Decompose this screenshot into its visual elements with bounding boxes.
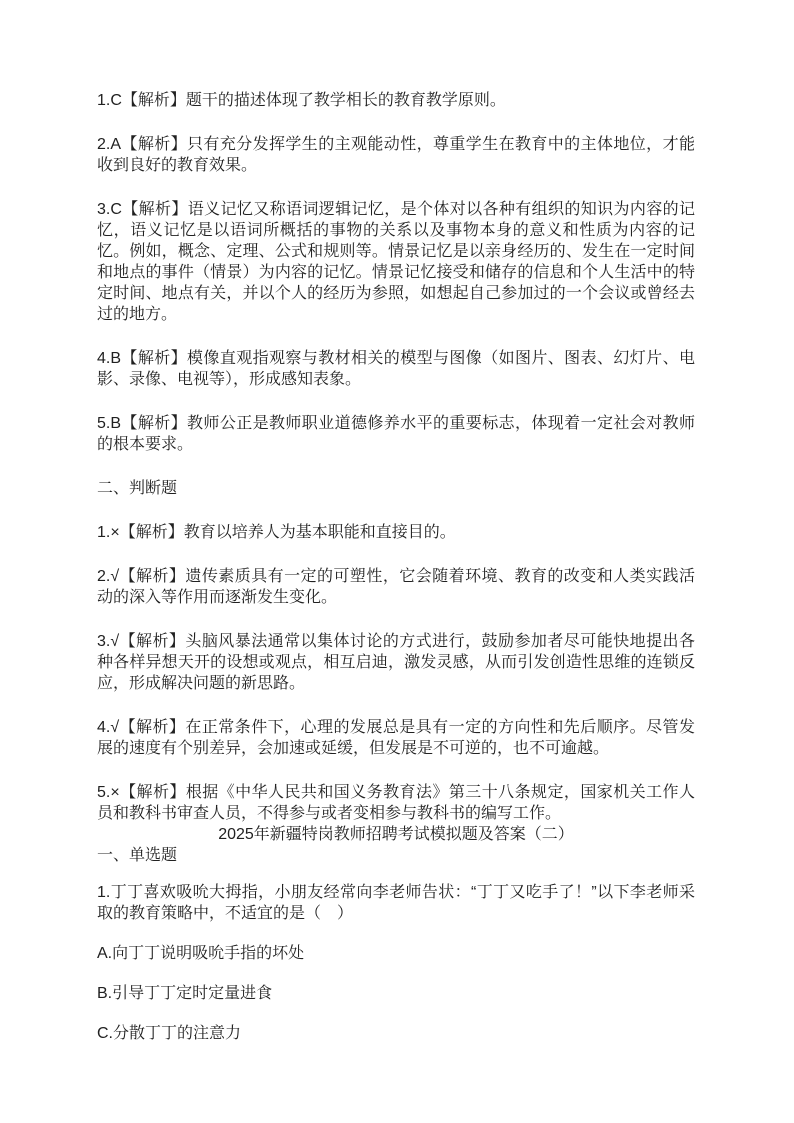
analysis-text: 头脑风暴法通常以集体讨论的方式进行，鼓励参加者尽可能快地提出各种各样异想天开的设… [97,633,695,692]
judgment-mark: 1.× [97,524,120,541]
analysis-label: 【解析】 [119,719,185,736]
analysis-text: 语义记忆又称语词逻辑记忆，是个体对以各种有组织的知识为内容的记忆，语义记忆是以语… [97,201,695,323]
judgment-mark: 5.× [97,784,120,801]
question-1-option-b: B.引导丁丁定时定量进食 [97,983,695,1004]
analysis-label: 【解析】 [122,92,186,109]
analysis-text: 遗传素质具有一定的可塑性，它会随着环境、教育的改变和人类实践活动的深入等作用而逐… [97,568,695,606]
judgment-mark: 4.√ [97,719,119,736]
answer-number: 4.B [97,350,121,367]
analysis-text: 只有充分发挥学生的主观能动性，尊重学生在教育中的主体地位，才能收到良好的教育效果… [97,136,695,174]
question-1-option-a: A.向丁丁说明吸吮手指的坏处 [97,943,695,964]
analysis-text: 根据《中华人民共和国义务教育法》第三十八条规定，国家机关工作人员和教科书审查人员… [97,784,695,822]
answer-item-1: 1.C【解析】题干的描述体现了教学相长的教育教学原则。 [97,90,695,111]
judgment-mark: 3.√ [97,633,119,650]
judgment-item-1: 1.×【解析】教育以培养人为基本职能和直接目的。 [97,522,695,543]
single-choice-section-heading: 一、单选题 [97,845,695,866]
answer-number: 1.C [97,92,122,109]
analysis-text: 在正常条件下，心理的发展总是具有一定的方向性和先后顺序。尽管发展的速度有个别差异… [97,719,695,757]
analysis-text: 教育以培养人为基本职能和直接目的。 [184,524,456,541]
answer-number: 2.A [97,136,121,153]
analysis-text: 教师公正是教师职业道德修养水平的重要标志，体现着一定社会对教师的根本要求。 [97,415,695,453]
analysis-label: 【解析】 [119,633,185,650]
analysis-text: 题干的描述体现了教学相长的教育教学原则。 [186,92,506,109]
analysis-label: 【解析】 [121,350,187,367]
judgment-mark: 2.√ [97,568,119,585]
analysis-label: 【解析】 [120,784,186,801]
analysis-text: 模像直观指观察与教材相关的模型与图像（如图片、图表、幻灯片、电影、录像、电视等）… [97,350,695,388]
answer-item-4: 4.B【解析】模像直观指观察与教材相关的模型与图像（如图片、图表、幻灯片、电影、… [97,348,695,390]
judgment-item-4: 4.√【解析】在正常条件下，心理的发展总是具有一定的方向性和先后顺序。尽管发展的… [97,717,695,759]
document-page: 1.C【解析】题干的描述体现了教学相长的教育教学原则。 2.A【解析】只有充分发… [0,0,794,1123]
question-1-option-c: C.分散丁丁的注意力 [97,1023,695,1044]
analysis-label: 【解析】 [121,415,187,432]
analysis-label: 【解析】 [119,568,185,585]
answer-item-5: 5.B【解析】教师公正是教师职业道德修养水平的重要标志，体现着一定社会对教师的根… [97,413,695,455]
answer-item-3: 3.C【解析】语义记忆又称语词逻辑记忆，是个体对以各种有组织的知识为内容的记忆，… [97,199,695,325]
analysis-label: 【解析】 [122,201,188,218]
judgment-item-3: 3.√【解析】头脑风暴法通常以集体讨论的方式进行，鼓励参加者尽可能快地提出各种各… [97,631,695,694]
judgment-item-2: 2.√【解析】遗传素质具有一定的可塑性，它会随着环境、教育的改变和人类实践活动的… [97,566,695,608]
judgment-item-5: 5.×【解析】根据《中华人民共和国义务教育法》第三十八条规定，国家机关工作人员和… [97,782,695,824]
answer-number: 3.C [97,201,122,218]
analysis-label: 【解析】 [121,136,187,153]
answer-number: 5.B [97,415,121,432]
judgment-section-heading: 二、判断题 [97,478,695,499]
answer-item-2: 2.A【解析】只有充分发挥学生的主观能动性，尊重学生在教育中的主体地位，才能收到… [97,134,695,176]
paper-title: 2025年新疆特岗教师招聘考试模拟题及答案（二） [97,824,695,845]
question-1-stem: 1.丁丁喜欢吸吮大拇指，小朋友经常向李老师告状：“丁丁又吃手了！”以下李老师采取… [97,882,695,924]
analysis-label: 【解析】 [120,524,184,541]
